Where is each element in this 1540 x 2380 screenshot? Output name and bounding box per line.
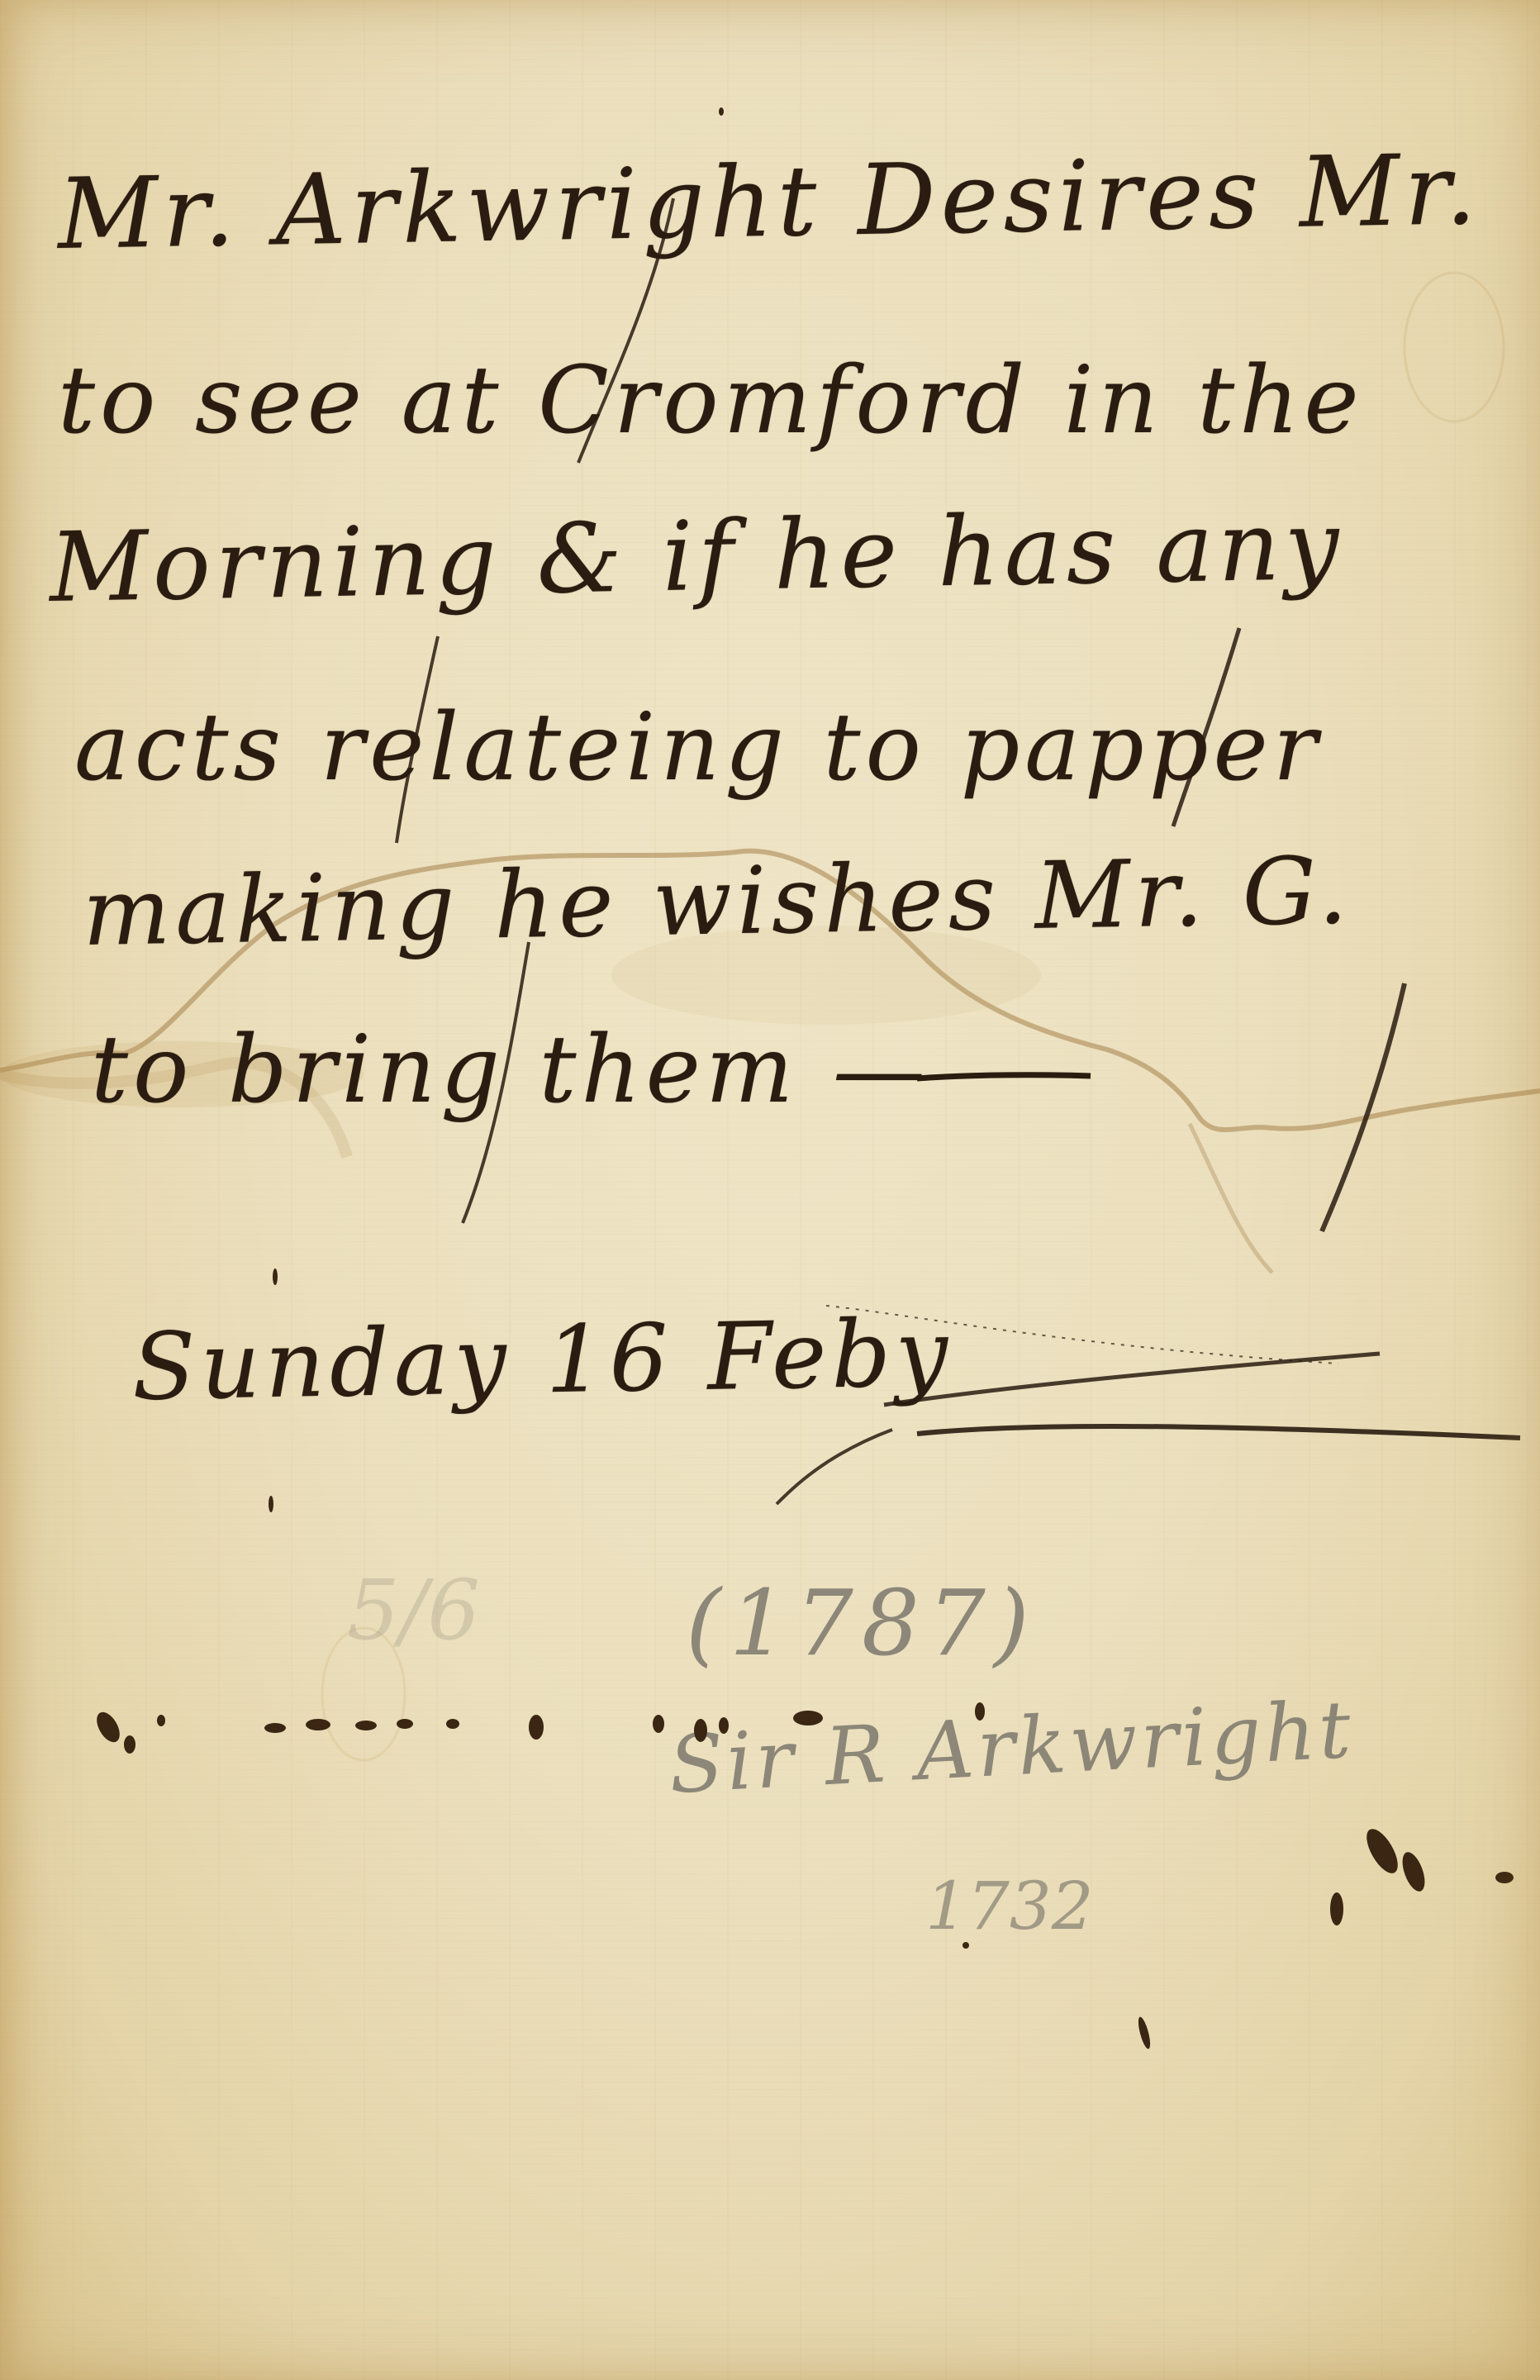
- dateline: Sunday 16 Feby: [131, 1300, 953, 1421]
- pencil-attribution-line-2: 1732: [925, 1868, 1094, 1944]
- letter-page: Mr. Arkwright Desires Mr. to see at Crom…: [0, 0, 1540, 2380]
- letter-line-5: making he wishes Mr. G.: [82, 837, 1353, 967]
- letter-line-4: acts relateing to papper: [74, 694, 1322, 802]
- letter-line-3: Morning & if he has any: [49, 490, 1345, 624]
- letter-line-1: Mr. Arkwright Desires Mr.: [57, 132, 1482, 271]
- faint-pencil-note: 5/6: [347, 1562, 480, 1659]
- letter-line-6: to bring them —: [91, 1016, 930, 1124]
- pencil-attribution-line-1: Sir R Arkwright: [667, 1683, 1356, 1811]
- pencil-year: (1787): [686, 1570, 1038, 1676]
- letter-line-2: to see at Cromford in the: [58, 347, 1364, 455]
